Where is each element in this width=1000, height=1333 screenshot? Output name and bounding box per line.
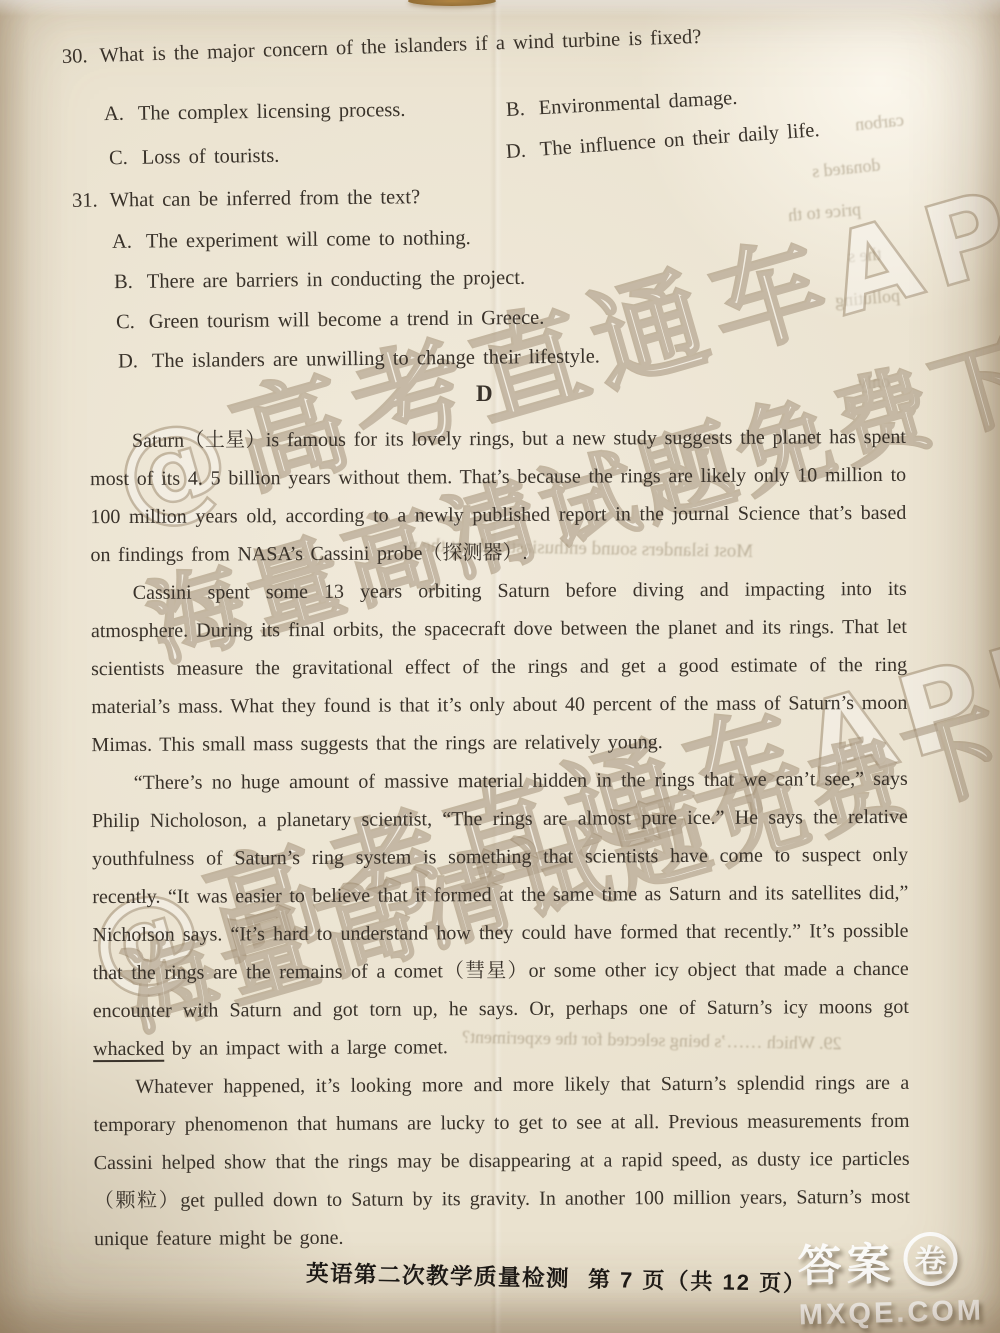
option-label: B.: [505, 98, 525, 121]
question-31-number: 31.: [72, 190, 98, 212]
exam-title: 英语第二次教学质量检测: [306, 1261, 570, 1292]
option-label: A.: [104, 103, 124, 125]
question-30-option-b: B.Environmental damage.: [505, 87, 738, 122]
option-label: C.: [109, 147, 128, 169]
mxqe-logo: 答案卷 MXQE.COM: [797, 1226, 985, 1333]
question-31-text: What can be inferred from the text?: [110, 186, 421, 211]
paragraph-3-text: “There’s no huge amount of massive mater…: [92, 768, 909, 1022]
option-text: The complex licensing process.: [138, 99, 406, 125]
option-text: The experiment will come to nothing.: [146, 227, 471, 252]
scanned-exam-page: carbon donated s price to th the s pollu…: [0, 0, 1000, 1333]
logo-text: 答案: [797, 1228, 897, 1295]
question-31-option-b: B.There are barriers in conducting the p…: [114, 267, 525, 294]
option-label: A.: [112, 231, 132, 253]
passage-section-label: D: [476, 381, 493, 407]
question-30-option-a: A.The complex licensing process.: [104, 99, 406, 126]
question-30-stem: 30.What is the major concern of the isla…: [62, 26, 702, 69]
option-text: Environmental damage.: [538, 87, 738, 119]
option-label: D.: [118, 350, 138, 372]
reading-passage: Saturn（土星）is famous for its lovely rings…: [90, 418, 910, 1258]
option-text: The influence on their daily life.: [539, 119, 820, 160]
question-31-option-c: C.Green tourism will become a trend in G…: [116, 307, 545, 334]
option-label: D.: [505, 140, 526, 163]
passage-paragraph-4: Whatever happened, it’s looking more and…: [93, 1064, 910, 1258]
option-text: There are barriers in conducting the pro…: [147, 267, 526, 293]
question-30-text: What is the major concern of the islande…: [99, 26, 701, 67]
option-text: Green tourism will become a trend in Gre…: [149, 307, 545, 333]
mxqe-logo-chinese: 答案卷: [797, 1226, 984, 1295]
question-30-option-d: D.The influence on their daily life.: [505, 119, 820, 164]
underlined-word-whacked: whacked: [93, 1038, 164, 1060]
question-30-number: 30.: [62, 45, 88, 68]
question-31-stem: 31.What can be inferred from the text?: [72, 186, 420, 213]
mxqe-logo-site: MXQE.COM: [799, 1295, 985, 1333]
page-footer: 英语第二次教学质量检测第 7 页（共 12 页）: [306, 1256, 808, 1298]
question-31-option-d: D.The islanders are unwilling to change …: [118, 345, 600, 373]
exam-content: 30.What is the major concern of the isla…: [0, 0, 1000, 1333]
passage-paragraph-1: Saturn（土星）is famous for its lovely rings…: [90, 418, 907, 574]
option-text: The islanders are unwilling to change th…: [152, 345, 600, 372]
page-number: 第 7 页（共 12 页）: [588, 1267, 808, 1297]
question-30-option-c: C.Loss of tourists.: [109, 145, 280, 170]
logo-circled-character: 卷: [903, 1231, 958, 1286]
passage-paragraph-2: Cassini spent some 13 years orbiting Sat…: [91, 570, 908, 764]
question-31-option-a: A.The experiment will come to nothing.: [112, 227, 471, 254]
passage-paragraph-3: “There’s no huge amount of massive mater…: [92, 760, 910, 1068]
option-label: B.: [114, 271, 133, 293]
paragraph-3-text-end: by an impact with a large comet.: [164, 1036, 448, 1059]
option-text: Loss of tourists.: [142, 145, 280, 169]
option-label: C.: [116, 311, 135, 333]
